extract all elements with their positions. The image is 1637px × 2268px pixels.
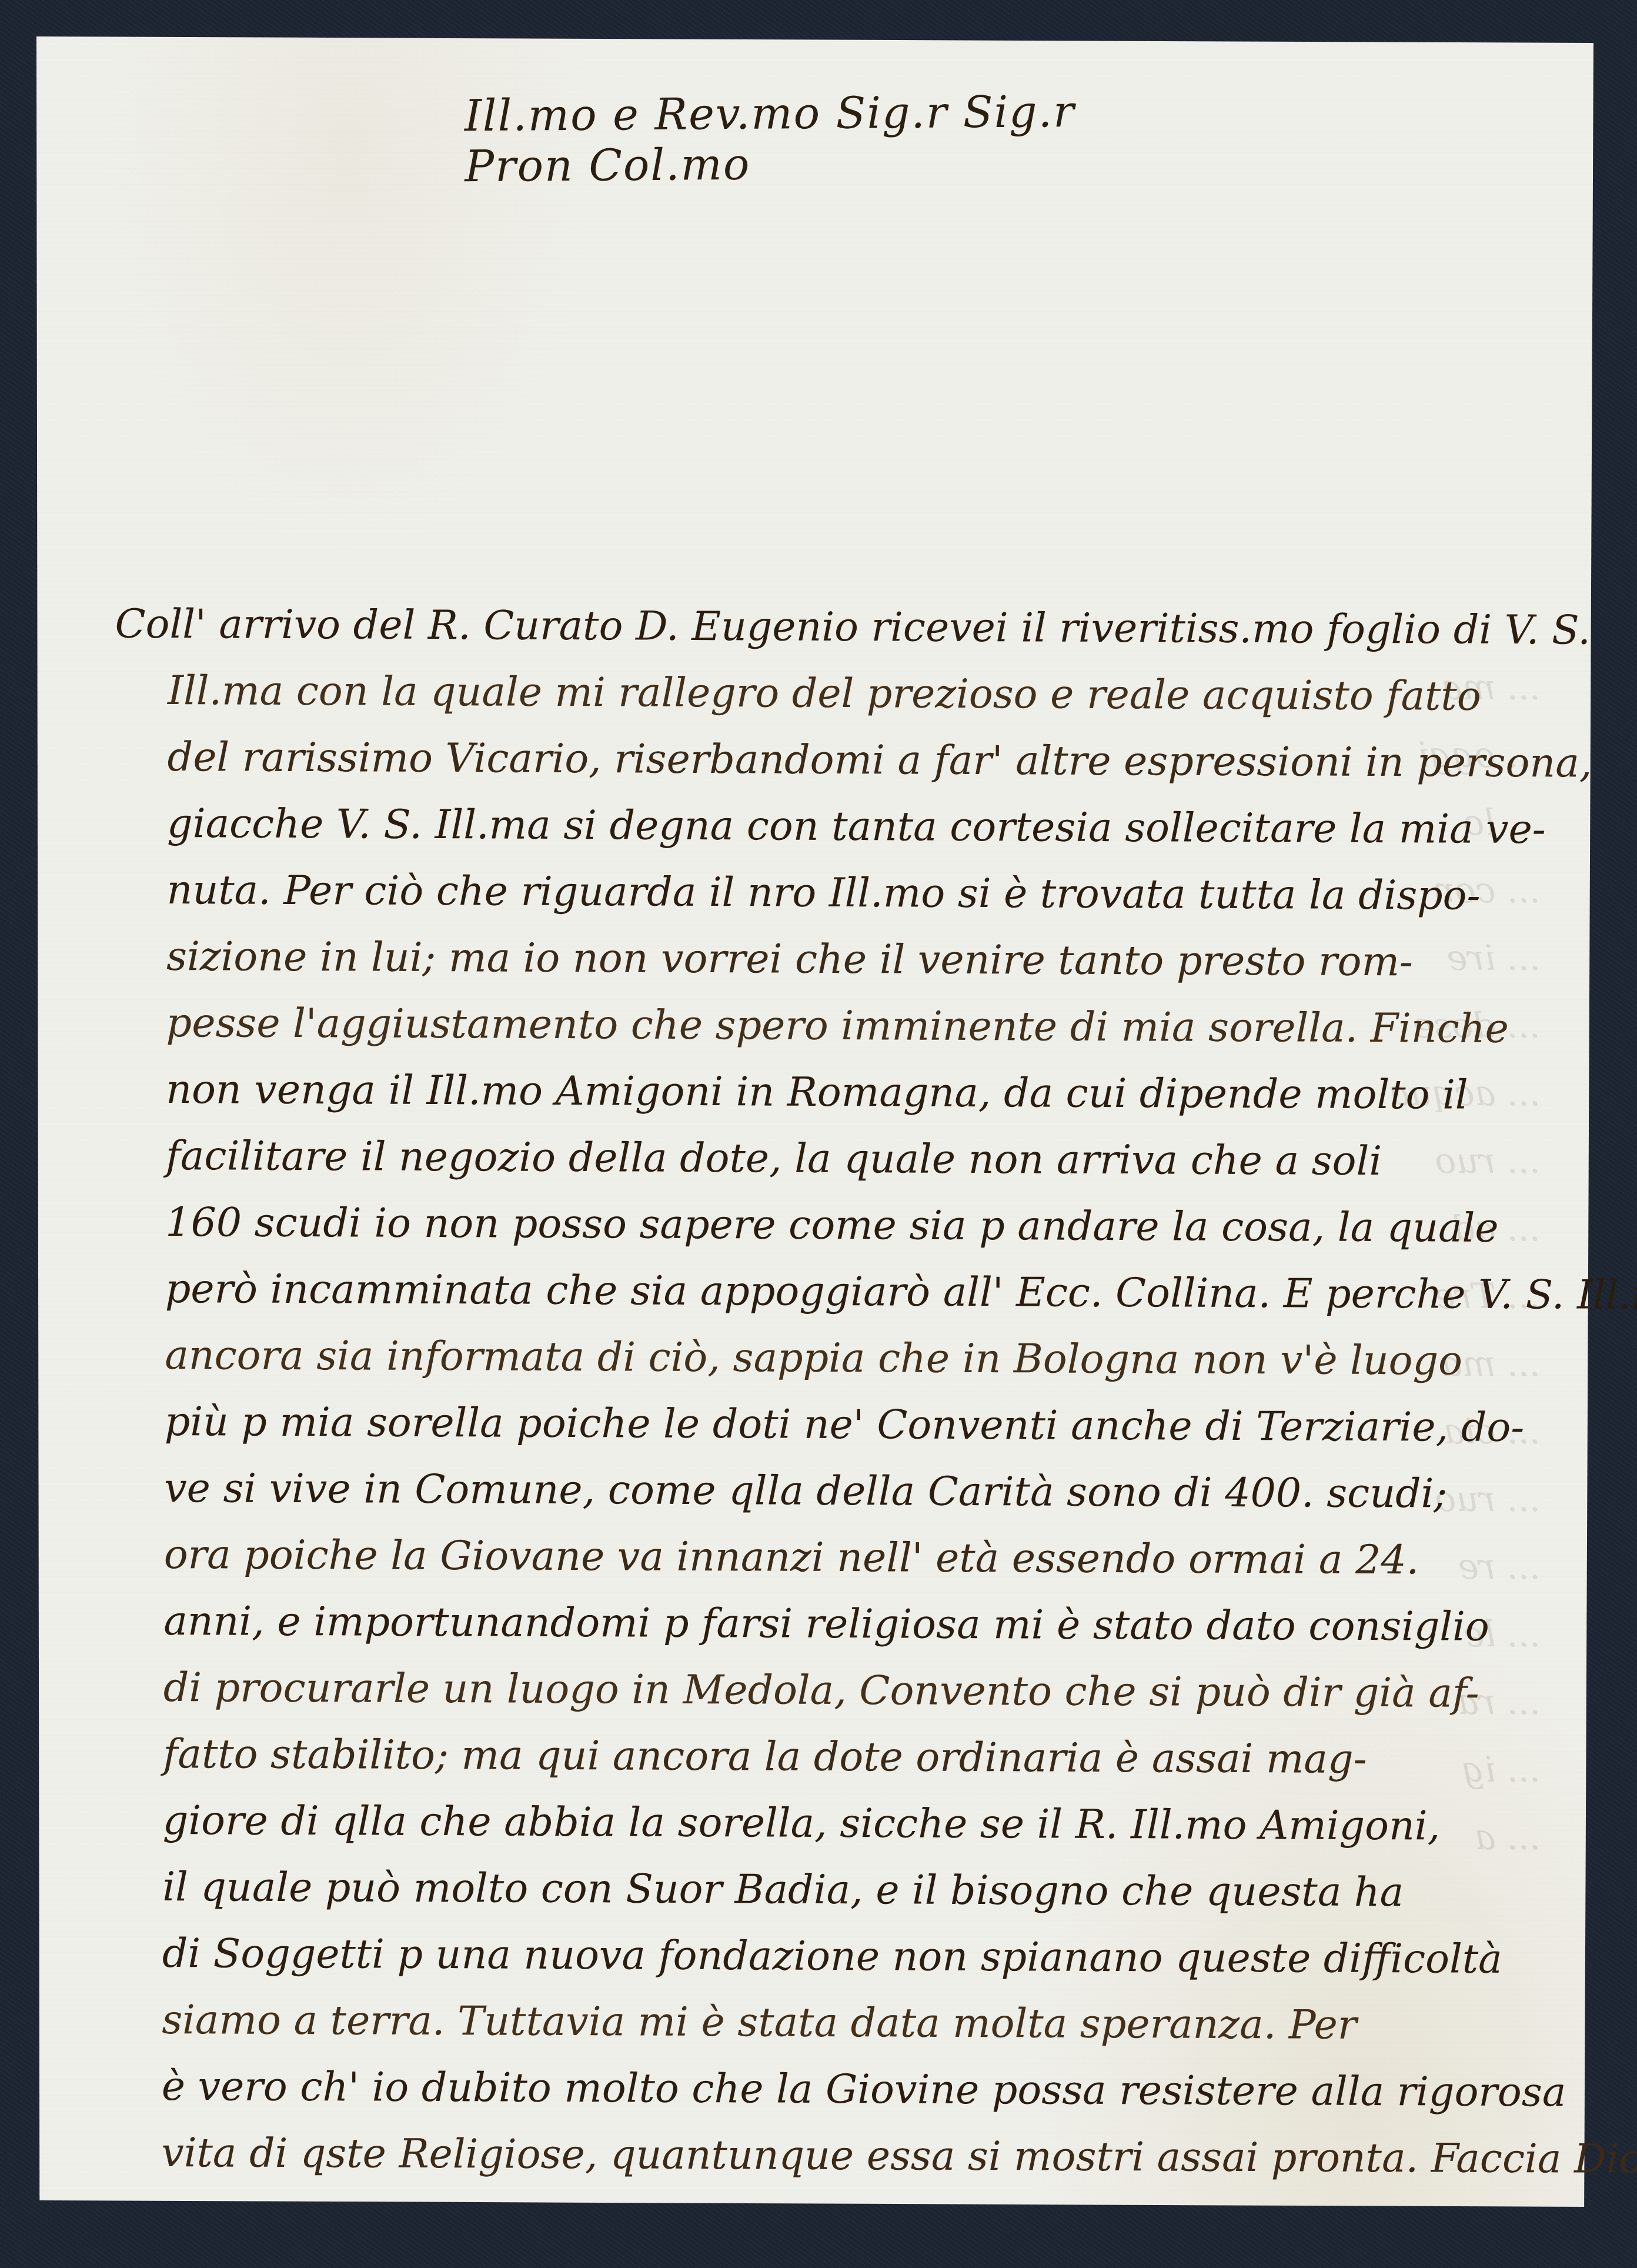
letter-line: di procurarle un luogo in Medola, Conven… <box>111 1655 1551 1727</box>
letter-line: anni, e importunandomi p farsi religiosa… <box>111 1588 1551 1661</box>
letter-line: giore di qlla che abbia la sorella, sicc… <box>110 1787 1551 1860</box>
letter-line: facilitare il negozio della dote, la qua… <box>112 1123 1553 1196</box>
letter-line: di Soggetti p una nuova fondazione non s… <box>109 1920 1550 1993</box>
letter-line: ancora sia informata di ciò, sappia che … <box>112 1322 1552 1395</box>
letter-line: del rarissimo Vicario, riserbandomi a fa… <box>114 724 1555 797</box>
letter-salutation-heading: Ill.mo e Rev.mo Sig.r Sig.r Pron Col.mo <box>464 86 1170 192</box>
letter-line: non venga il Ill.mo Amigoni in Romagna, … <box>113 1056 1554 1129</box>
letter-line: però incamminata che sia appoggiarò all'… <box>112 1256 1553 1329</box>
letter-line: siamo a terra. Tuttavia mi è stata data … <box>109 1987 1549 2060</box>
letter-line: più p mia sorella poiche le doti ne' Con… <box>112 1389 1552 1462</box>
letter-line: nuta. Per ciò che riguarda il nro Ill.mo… <box>113 857 1554 930</box>
letter-line: sizione in lui; ma io non vorrei che il … <box>113 923 1554 996</box>
letter-line: è vero ch' io dubito molto che la Giovin… <box>109 2053 1549 2126</box>
letter-line: fatto stabilito; ma qui ancora la dote o… <box>110 1721 1551 1794</box>
letter-line: vita di qste Religiose, quantunque essa … <box>108 2120 1549 2193</box>
letter-body: Coll' arrivo del R. Curato D. Eugenio ri… <box>108 591 1556 2193</box>
letter-line: ve si vive in Comune, come qlla della Ca… <box>111 1455 1552 1528</box>
letter-line: ora poiche la Giovane va innanzi nell' e… <box>111 1522 1552 1595</box>
letter-line: pesse l'aggiustamento che spero imminent… <box>113 990 1554 1063</box>
letter-line: Ill.ma con la quale mi rallegro del prez… <box>115 658 1555 731</box>
letter-line: il quale può molto con Suor Badia, e il … <box>109 1854 1550 1927</box>
letter-line: giacche V. S. Ill.ma si degna con tanta … <box>114 791 1555 863</box>
letter-line: 160 scudi io non posso sapere come sia p… <box>112 1189 1553 1262</box>
letter-line: Coll' arrivo del R. Curato D. Eugenio ri… <box>115 591 1555 664</box>
